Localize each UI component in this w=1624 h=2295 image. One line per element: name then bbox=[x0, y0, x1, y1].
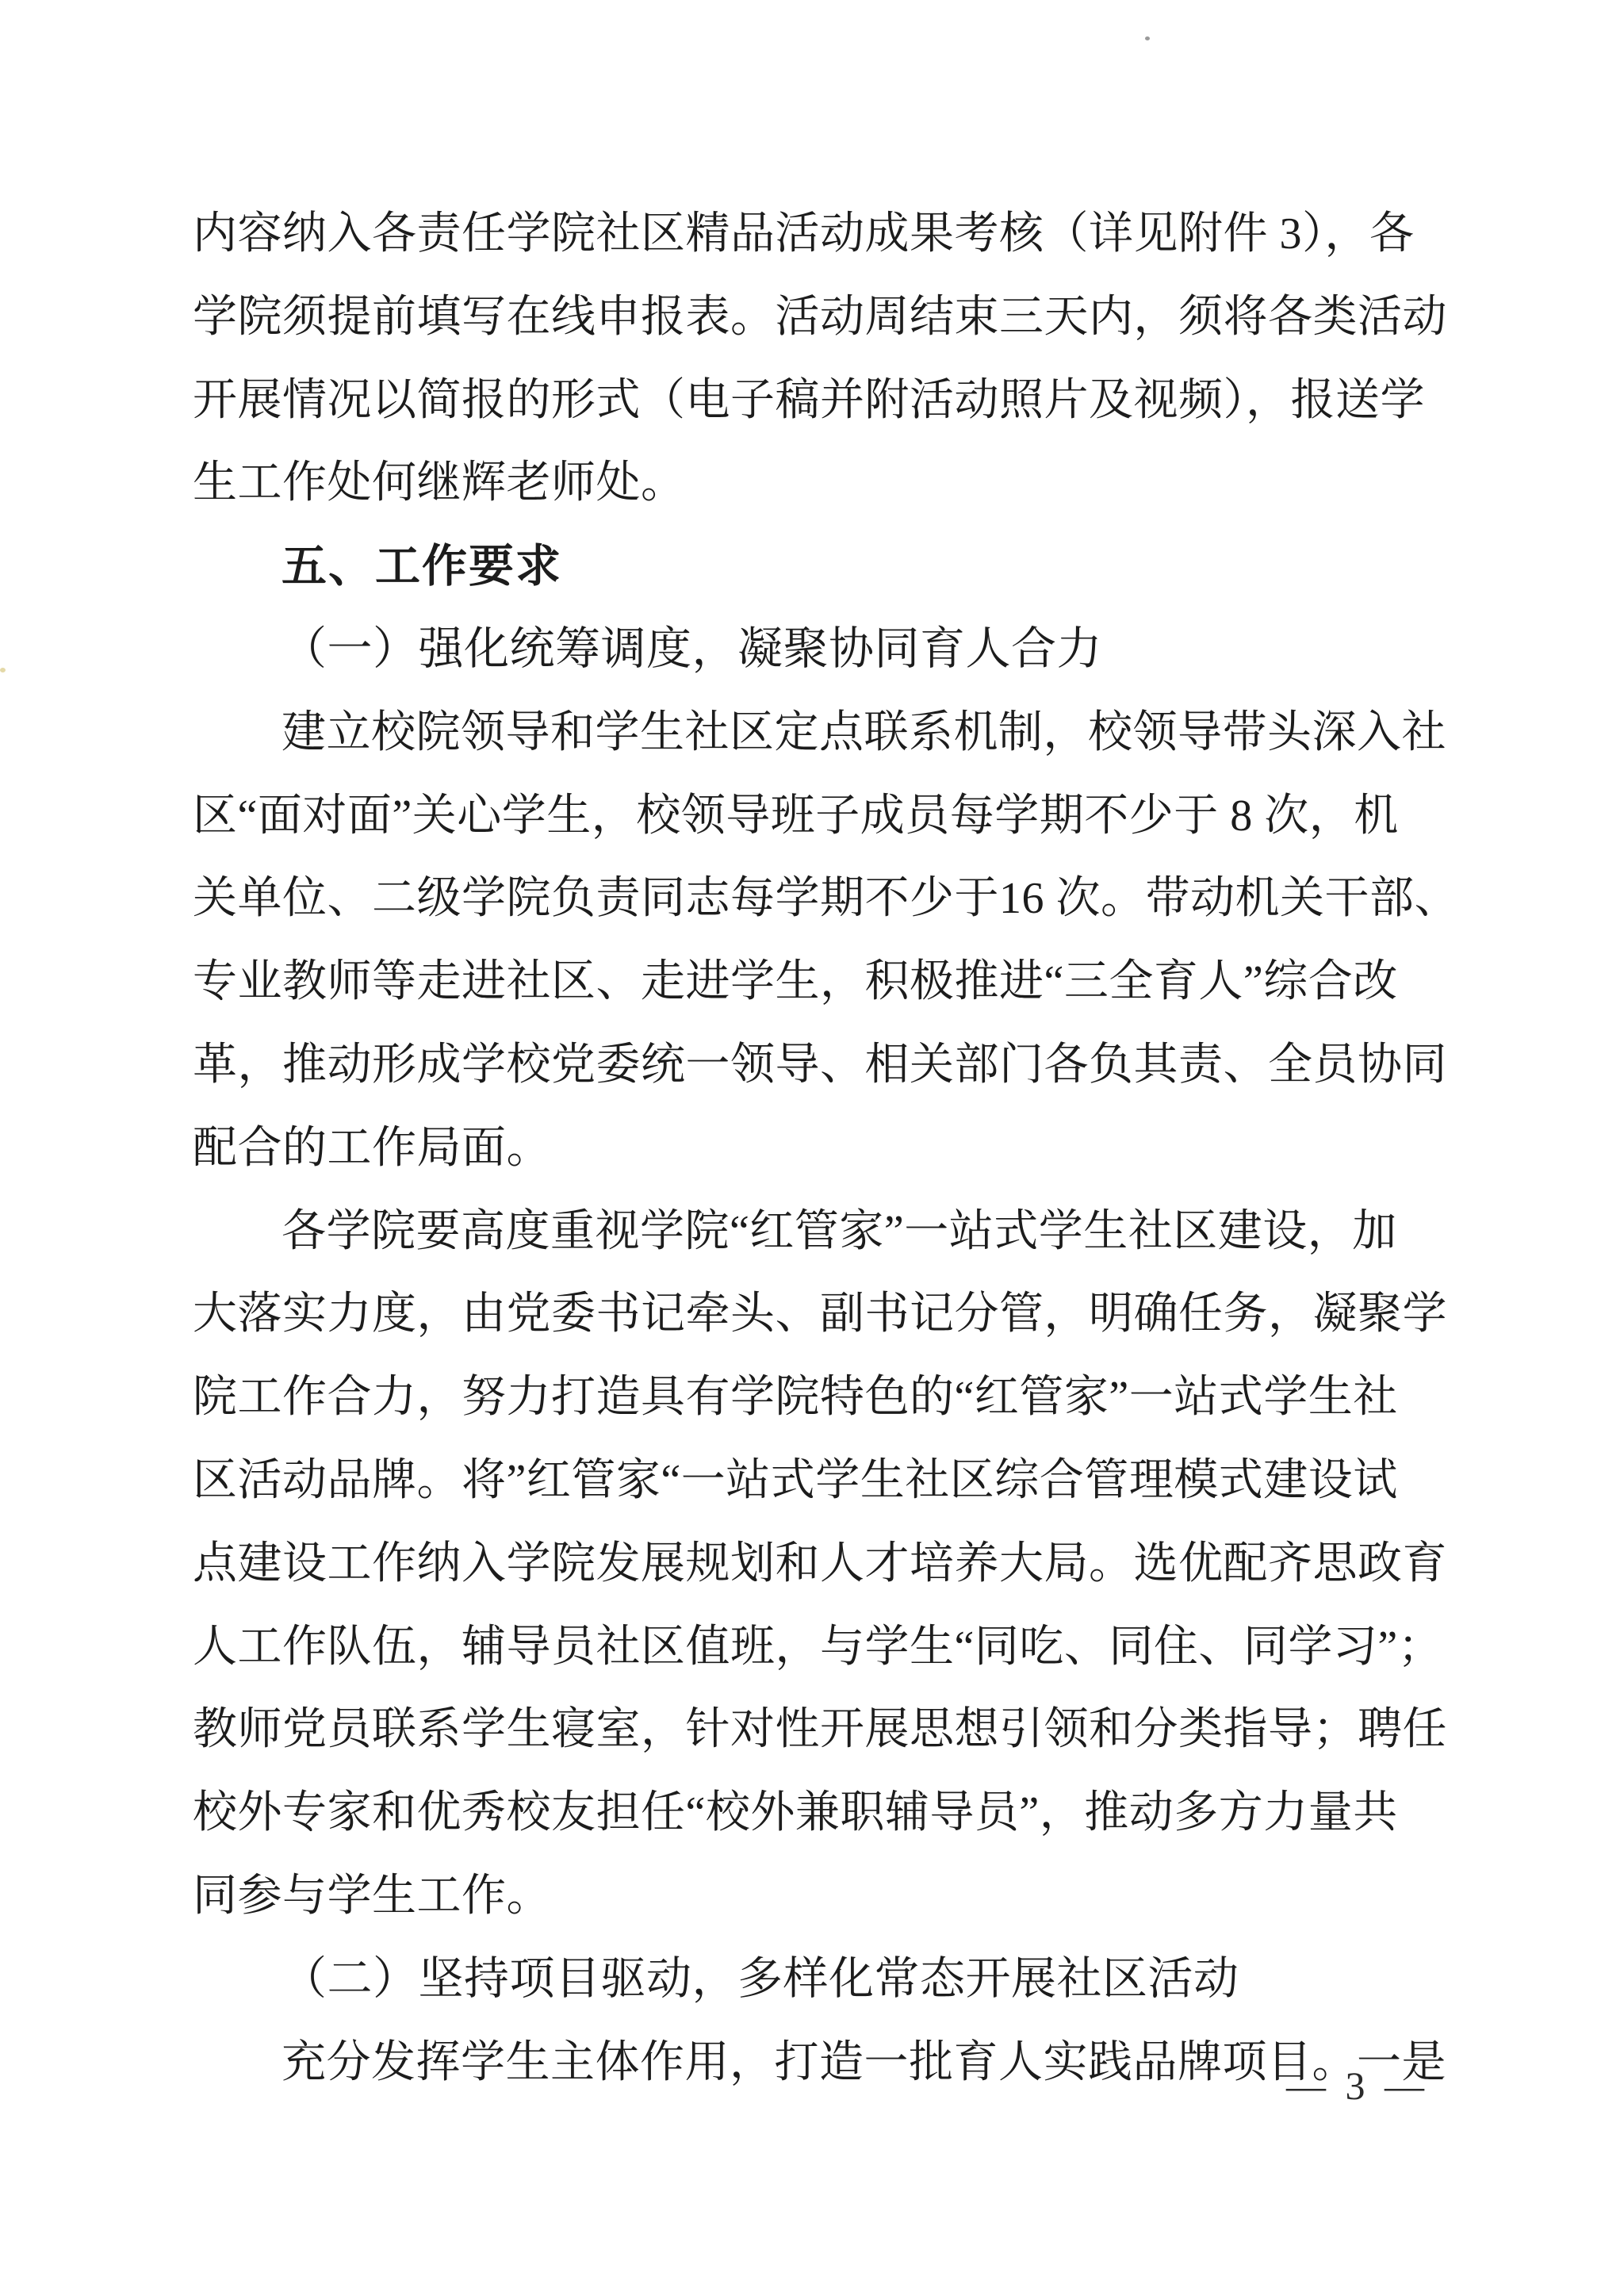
paragraph-first-line: 各学院要高度重视学院“红管家”一站式学生社区建设，加 bbox=[193, 1190, 1444, 1274]
paragraph-line: 教师党员联系学生寝室，针对性开展思想引领和分类指导；聘任 bbox=[193, 1688, 1444, 1772]
scan-artifact-dot bbox=[0, 668, 6, 672]
paragraph-line: 配合的工作局面。 bbox=[193, 1107, 1444, 1190]
paragraph-line: 院工作合力，努力打造具有学院特色的“红管家”一站式学生社 bbox=[193, 1356, 1444, 1439]
document-text-block: 内容纳入各责任学院社区精品活动成果考核（详见附件 3），各 学院须提前填写在线申… bbox=[193, 193, 1444, 2104]
paragraph-line: 校外专家和优秀校友担任“校外兼职辅导员”，推动多方力量共 bbox=[193, 1772, 1444, 1855]
paragraph-line: 同参与学生工作。 bbox=[193, 1855, 1444, 1938]
subsection-heading: （二）坚持项目驱动，多样化常态开展社区活动 bbox=[193, 1938, 1444, 2021]
paragraph-line: 人工作队伍，辅导员社区值班，与学生“同吃、同住、同学习”； bbox=[193, 1606, 1444, 1689]
paragraph-line: 革，推动形成学校党委统一领导、相关部门各负其责、全员协同 bbox=[193, 1024, 1444, 1107]
subsection-heading: （一）强化统筹调度，凝聚协同育人合力 bbox=[193, 608, 1444, 692]
paragraph-line: 区活动品牌。将”红管家“一站式学生社区综合管理模式建设试 bbox=[193, 1439, 1444, 1523]
page-number: — 3 — bbox=[1286, 2060, 1461, 2111]
paragraph-line: 开展情况以简报的形式（电子稿并附活动照片及视频），报送学 bbox=[193, 359, 1444, 443]
paragraph-line: 学院须提前填写在线申报表。活动周结束三天内，须将各类活动 bbox=[193, 276, 1444, 359]
scan-artifact-dot bbox=[1145, 36, 1150, 40]
section-heading: 五、工作要求 bbox=[193, 525, 1444, 608]
paragraph-line: 点建设工作纳入学院发展规划和人才培养大局。选优配齐思政育 bbox=[193, 1523, 1444, 1606]
paragraph-first-line: 建立校院领导和学生社区定点联系机制，校领导带头深入社 bbox=[193, 692, 1444, 775]
paragraph-line: 关单位、二级学院负责同志每学期不少于16 次。带动机关干部、 bbox=[193, 857, 1444, 941]
paragraph-line: 专业教师等走进社区、走进学生，积极推进“三全育人”综合改 bbox=[193, 941, 1444, 1024]
document-page: 内容纳入各责任学院社区精品活动成果考核（详见附件 3），各 学院须提前填写在线申… bbox=[0, 0, 1624, 2295]
paragraph-line: 内容纳入各责任学院社区精品活动成果考核（详见附件 3），各 bbox=[193, 193, 1444, 276]
paragraph-line: 区“面对面”关心学生，校领导班子成员每学期不少于 8 次，机 bbox=[193, 775, 1444, 858]
paragraph-line: 生工作处何继辉老师处。 bbox=[193, 442, 1444, 525]
paragraph-first-line: 充分发挥学生主体作用，打造一批育人实践品牌项目。一是 bbox=[193, 2021, 1444, 2105]
paragraph-line: 大落实力度，由党委书记牵头、副书记分管，明确任务，凝聚学 bbox=[193, 1273, 1444, 1356]
